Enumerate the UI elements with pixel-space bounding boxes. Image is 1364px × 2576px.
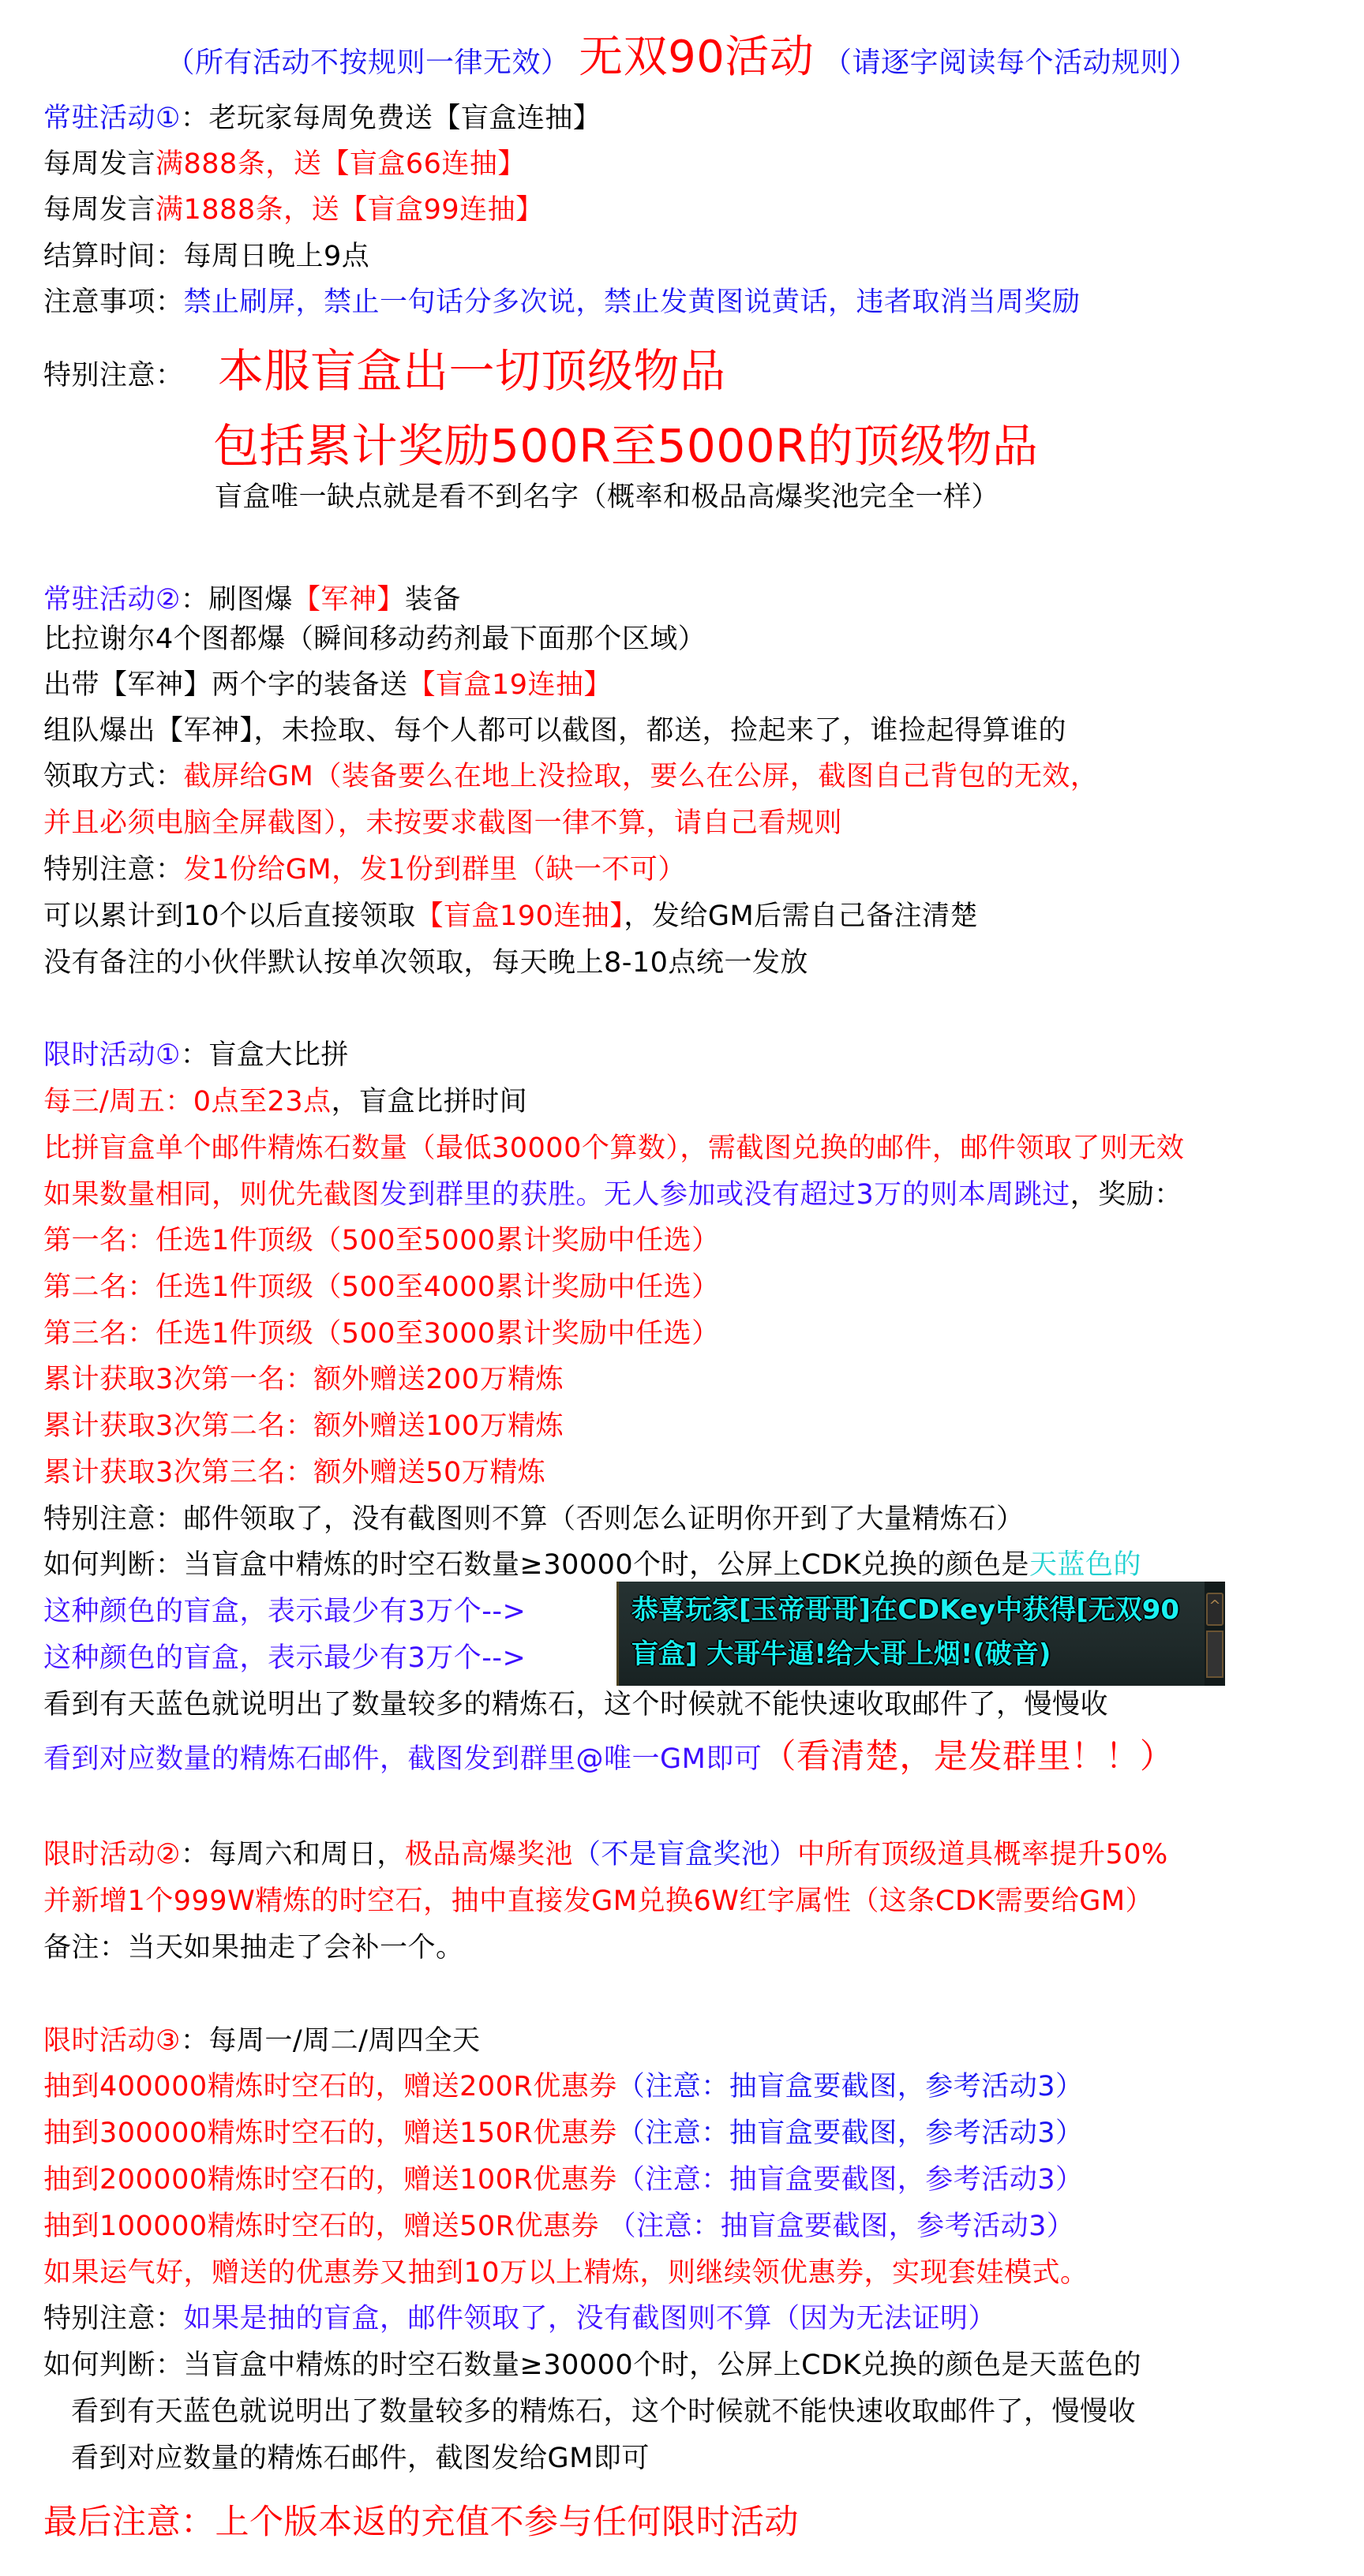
rule-text-segment: （注意：抽盲盒要截图，参考活动3） [609, 2211, 1075, 2242]
rule-text-segment: 抽到400000精炼时空石的，赠送200R优惠券 [43, 2071, 617, 2102]
rule-text-segment: 特别注意： [43, 360, 184, 391]
rule-line: 每三/周五：0点至23点，盲盒比拼时间 [43, 1084, 527, 1119]
rule-line: 限时活动①：盲盒大比拼 [43, 1038, 349, 1073]
rule-text-segment: 如何判断：当盲盒中精炼的时空石数量≥30000个时，公屏上CDK兑换的颜色是天蓝… [43, 2349, 1141, 2381]
rule-text-segment: ，奖励： [1070, 1179, 1182, 1211]
rule-text-segment: 累计获取3次第二名：额外赠送100万精炼 [43, 1410, 564, 1442]
rule-text-segment: 抽到300000精炼时空石的，赠送150R优惠券 [43, 2117, 617, 2149]
rule-text-segment: 抽到200000精炼时空石的，赠送100R优惠券 [43, 2164, 617, 2196]
rule-text-segment: ，盲盒比拼时间 [332, 1086, 528, 1118]
rule-text-segment: 发1份给GM，发1份到群里（缺一不可） [184, 854, 686, 885]
rule-text-segment: 并新增1个999W精炼的时空石，抽中直接发GM兑换6W红字属性（这条CDK需要给… [43, 1885, 1153, 1917]
rule-text-segment: 限时活动① [43, 1039, 181, 1071]
rule-text-segment: ：每周一/周二/周四全天 [181, 2025, 481, 2057]
rule-text-segment: 可以累计到10个以后直接领取 [43, 900, 416, 932]
rule-line: 比拉谢尔4个图都爆（瞬间移动药剂最下面那个区域） [43, 622, 706, 657]
rule-line: 备注：当天如果抽走了会补一个。 [43, 1930, 464, 1965]
rule-text-segment: 看到对应数量的精炼石邮件，截图发给GM即可 [71, 2443, 650, 2474]
rule-text-segment: 发到群里的获胜。无人参加或没有超过3万的则本周跳过 [380, 1179, 1070, 1211]
rule-line: 第二名：任选1件顶级（500至4000累计奖励中任选） [43, 1270, 720, 1305]
rule-text-segment: 盲盒唯一缺点就是看不到名字（概率和极品高爆奖池完全一样） [215, 481, 999, 513]
rule-line: 如何判断：当盲盒中精炼的时空石数量≥30000个时，公屏上CDK兑换的颜色是天蓝… [43, 2348, 1141, 2383]
rule-text-segment: 比拼盲盒单个邮件精炼石数量（最低30000个算数），需截图兑换的邮件，邮件领取了… [43, 1133, 1184, 1164]
rule-text-segment: 满888条，送【盲盒66连抽】 [156, 148, 526, 180]
rule-line: 并新增1个999W精炼的时空石，抽中直接发GM兑换6W红字属性（这条CDK需要给… [43, 1884, 1153, 1919]
rule-text-segment: （看清楚，是发群里！！） [762, 1737, 1174, 1777]
rule-text-segment: 每周发言 [43, 148, 156, 180]
rule-line: 特别注意：邮件领取了，没有截图则不算（否则怎么证明你开到了大量精炼石） [43, 1502, 1025, 1537]
rule-line: 这种颜色的盲盒，表示最少有3万个--> [43, 1594, 526, 1629]
rule-text-segment: 常驻活动① [43, 103, 181, 134]
rule-line: 第一名：任选1件顶级（500至5000累计奖励中任选） [43, 1223, 720, 1258]
rule-line: 限时活动②：每周六和周日，极品高爆奖池（不是盲盒奖池）中所有顶级道具概率提升50… [43, 1837, 1168, 1872]
rule-line: 包括累计奖励500R至5000R的顶级物品 [213, 420, 1038, 472]
rule-text-segment: 禁止刷屏，禁止一句话分多次说，禁止发黄图说黄话，违者取消当周奖励 [184, 286, 1081, 318]
rule-text-segment: 特别注意： [43, 2303, 184, 2334]
rule-line: 组队爆出【军神】，未捡取、每个人都可以截图，都送，捡起来了，谁捡起得算谁的 [43, 713, 1066, 748]
rule-text-segment: （注意：抽盲盒要截图，参考活动3） [617, 2117, 1084, 2149]
rule-text-segment: 中所有顶级道具概率提升50% [797, 1839, 1168, 1870]
rule-text-segment: 累计获取3次第三名：额外赠送50万精炼 [43, 1457, 545, 1488]
rule-text-segment: 限时活动③ [43, 2025, 181, 2057]
rule-line: 常驻活动①：老玩家每周免费送【盲盒连抽】 [43, 101, 601, 136]
rule-line: 限时活动③：每周一/周二/周四全天 [43, 2024, 480, 2058]
rule-line: 看到对应数量的精炼石邮件，截图发到群里@唯一GM即可（看清楚，是发群里！！） [43, 1739, 1174, 1774]
rule-text-segment: 【盲盒19连抽】 [408, 669, 613, 701]
rule-text-segment: ，发给GM后需自己备注清楚 [624, 900, 978, 932]
rule-text-segment: 看到有天蓝色就说明出了数量较多的精炼石，这个时候就不能快速收取邮件了，慢慢收 [71, 2396, 1136, 2428]
rule-text-segment: 截屏给GM（装备要么在地上没捡取，要么在公屏，截图自己背包的无效， [184, 761, 1099, 792]
rule-text-segment: ：老玩家每周免费送【盲盒连抽】 [181, 103, 601, 134]
rule-text-segment: （注意：抽盲盒要截图，参考活动3） [617, 2071, 1084, 2102]
rule-text-segment: 满1888条，送【盲盒99连抽】 [156, 194, 544, 226]
rule-text-segment: 备注：当天如果抽走了会补一个。 [43, 1932, 464, 1964]
rule-text-segment: 最后注意：上个版本返的充值不参与任何限时活动 [43, 2503, 799, 2542]
rule-line: 如果运气好，赠送的优惠券又抽到10万以上精炼，则继续领优惠券，实现套娃模式。 [43, 2256, 1089, 2290]
rule-line: 本服盲盒出一切顶级物品 [218, 345, 726, 397]
rule-text-segment: 【军神】 [293, 584, 405, 616]
chat-scrollbar: ^ [1205, 1582, 1225, 1686]
rule-text-segment: 限时活动② [43, 1839, 181, 1870]
rule-line: 没有备注的小伙伴默认按单次领取，每天晚上8-10点统一发放 [43, 945, 808, 980]
rule-line: 领取方式：截屏给GM（装备要么在地上没捡取，要么在公屏，截图自己背包的无效， [43, 759, 1098, 794]
rule-line: 看到有天蓝色就说明出了数量较多的精炼石，这个时候就不能快速收取邮件了，慢慢收 [43, 1687, 1108, 1722]
rule-line: 累计获取3次第二名：额外赠送100万精炼 [43, 1409, 564, 1443]
rule-line: 比拼盲盒单个邮件精炼石数量（最低30000个算数），需截图兑换的邮件，邮件领取了… [43, 1131, 1184, 1166]
rule-text-segment: 这种颜色的盲盒，表示最少有3万个--> [43, 1596, 526, 1627]
rule-text-segment: 装备 [405, 584, 461, 616]
rule-line: 每周发言满1888条，送【盲盒99连抽】 [43, 193, 544, 227]
rule-line: 累计获取3次第一名：额外赠送200万精炼 [43, 1362, 564, 1397]
rule-text-segment: 第二名：任选1件顶级（500至4000累计奖励中任选） [43, 1271, 720, 1303]
rule-line: 特别注意：如果是抽的盲盒，邮件领取了，没有截图则不算（因为无法证明） [43, 2301, 996, 2336]
rule-line: 最后注意：上个版本返的充值不参与任何限时活动 [43, 2505, 799, 2540]
game-chat-screenshot: 恭喜玩家[玉帝哥哥]在CDKey中获得[无双90盲盒] 大哥牛逼!给大哥上烟!(… [616, 1582, 1225, 1686]
rule-line: 第三名：任选1件顶级（500至3000累计奖励中任选） [43, 1316, 720, 1351]
rule-line: 抽到100000精炼时空石的，赠送50R优惠券 （注意：抽盲盒要截图，参考活动3… [43, 2209, 1074, 2244]
rule-text-segment: 天蓝色的 [1029, 1549, 1141, 1581]
chat-message: 恭喜玩家[玉帝哥哥]在CDKey中获得[无双90盲盒] 大哥牛逼!给大哥上烟!(… [631, 1588, 1184, 1676]
rule-text-segment: 注意事项： [43, 286, 184, 318]
rule-text-segment: 看到有天蓝色就说明出了数量较多的精炼石，这个时候就不能快速收取邮件了，慢慢收 [43, 1689, 1108, 1720]
rule-text-segment: 组队爆出【军神】，未捡取、每个人都可以截图，都送，捡起来了，谁捡起得算谁的 [43, 715, 1066, 747]
rule-line: 出带【军神】两个字的装备送【盲盒19连抽】 [43, 668, 612, 702]
rule-text-segment: 累计获取3次第一名：额外赠送200万精炼 [43, 1364, 564, 1395]
rule-text-segment: 没有备注的小伙伴默认按单次领取，每天晚上8-10点统一发放 [43, 947, 808, 979]
rule-line: 看到有天蓝色就说明出了数量较多的精炼石，这个时候就不能快速收取邮件了，慢慢收 [71, 2394, 1136, 2429]
rule-text-segment: 第一名：任选1件顶级（500至5000累计奖励中任选） [43, 1225, 720, 1256]
title-prefix: （所有活动不按规则一律无效） [166, 47, 569, 79]
rule-text-segment: 这种颜色的盲盒，表示最少有3万个--> [43, 1642, 526, 1674]
rule-text-segment: 比拉谢尔4个图都爆（瞬间移动药剂最下面那个区域） [43, 623, 706, 655]
rule-line: 可以累计到10个以后直接领取【盲盒190连抽】，发给GM后需自己备注清楚 [43, 899, 978, 934]
rule-text-segment: ：每周六和周日， [181, 1839, 405, 1870]
rule-text-segment: 第三名：任选1件顶级（500至3000累计奖励中任选） [43, 1318, 720, 1350]
rule-text-segment: ：刷图爆 [181, 584, 293, 616]
rule-text-segment: 如果数量相同，则优先截图 [43, 1179, 380, 1211]
rule-text-segment: 抽到100000精炼时空石的，赠送50R优惠券 [43, 2211, 609, 2242]
rule-text-segment: 【盲盒190连抽】 [416, 900, 624, 932]
rule-line: 累计获取3次第三名：额外赠送50万精炼 [43, 1455, 545, 1490]
rule-line: 这种颜色的盲盒，表示最少有3万个--> [43, 1641, 526, 1676]
rule-line: 抽到300000精炼时空石的，赠送150R优惠券（注意：抽盲盒要截图，参考活动3… [43, 2116, 1084, 2151]
rule-line: 盲盒唯一缺点就是看不到名字（概率和极品高爆奖池完全一样） [215, 480, 999, 515]
rule-text-segment: 如何判断：当盲盒中精炼的时空石数量≥30000个时，公屏上CDK兑换的颜色是 [43, 1549, 1029, 1581]
rule-line: 每周发言满888条，送【盲盒66连抽】 [43, 147, 526, 182]
rule-text-segment: 特别注意：邮件领取了，没有截图则不算（否则怎么证明你开到了大量精炼石） [43, 1503, 1025, 1535]
rule-line: 抽到200000精炼时空石的，赠送100R优惠券（注意：抽盲盒要截图，参考活动3… [43, 2162, 1084, 2197]
rule-line: 特别注意： [43, 358, 184, 393]
rule-line: 特别注意：发1份给GM，发1份到群里（缺一不可） [43, 852, 686, 887]
rule-line: 结算时间：每周日晚上9点 [43, 239, 369, 274]
rule-text-segment: （不是盲盒奖池） [573, 1839, 797, 1870]
rule-text-segment: 并且必须电脑全屏截图），未按要求截图一律不算，请自己看规则 [43, 807, 842, 839]
rule-text-segment: 每三/周五：0点至23点 [43, 1086, 332, 1118]
rule-line: 如何判断：当盲盒中精炼的时空石数量≥30000个时，公屏上CDK兑换的颜色是天蓝… [43, 1548, 1141, 1582]
rule-text-segment: 特别注意： [43, 854, 184, 885]
rule-text-segment: 每周发言 [43, 194, 156, 226]
page-title: 无双90活动 [579, 32, 814, 83]
rule-text-segment: 本服盲盒出一切顶级物品 [218, 344, 726, 398]
rule-text-segment: （注意：抽盲盒要截图，参考活动3） [617, 2164, 1084, 2196]
rule-text-segment: 领取方式： [43, 761, 184, 792]
scroll-track [1206, 1631, 1223, 1678]
rule-text-segment: ：盲盒大比拼 [181, 1039, 349, 1071]
title-line: （所有活动不按规则一律无效） 无双90活动 （请逐字阅读每个活动规则） [0, 40, 1364, 75]
rule-text-segment: 包括累计奖励500R至5000R的顶级物品 [213, 419, 1038, 473]
rule-text-segment: 如果运气好，赠送的优惠券又抽到10万以上精炼，则继续领优惠券，实现套娃模式。 [43, 2257, 1089, 2289]
scroll-up-icon: ^ [1206, 1593, 1223, 1626]
rule-line: 抽到400000精炼时空石的，赠送200R优惠券（注意：抽盲盒要截图，参考活动3… [43, 2069, 1084, 2104]
rule-line: 并且必须电脑全屏截图），未按要求截图一律不算，请自己看规则 [43, 806, 842, 841]
rule-text-segment: 极品高爆奖池 [405, 1839, 573, 1870]
rule-line: 常驻活动②：刷图爆【军神】装备 [43, 582, 461, 617]
rule-text-segment: 出带【军神】两个字的装备送 [43, 669, 408, 701]
rule-text-segment: 如果是抽的盲盒，邮件领取了，没有截图则不算（因为无法证明） [184, 2303, 997, 2334]
rule-text-segment: 结算时间：每周日晚上9点 [43, 241, 369, 272]
title-suffix: （请逐字阅读每个活动规则） [823, 47, 1198, 79]
rule-text-segment: 看到对应数量的精炼石邮件，截图发到群里@唯一GM即可 [43, 1743, 762, 1775]
rule-text-segment: 常驻活动② [43, 584, 181, 616]
rule-line: 注意事项：禁止刷屏，禁止一句话分多次说，禁止发黄图说黄话，违者取消当周奖励 [43, 285, 1081, 320]
rule-line: 如果数量相同，则优先截图发到群里的获胜。无人参加或没有超过3万的则本周跳过，奖励… [43, 1178, 1182, 1212]
rule-line: 看到对应数量的精炼石邮件，截图发给GM即可 [71, 2441, 650, 2476]
